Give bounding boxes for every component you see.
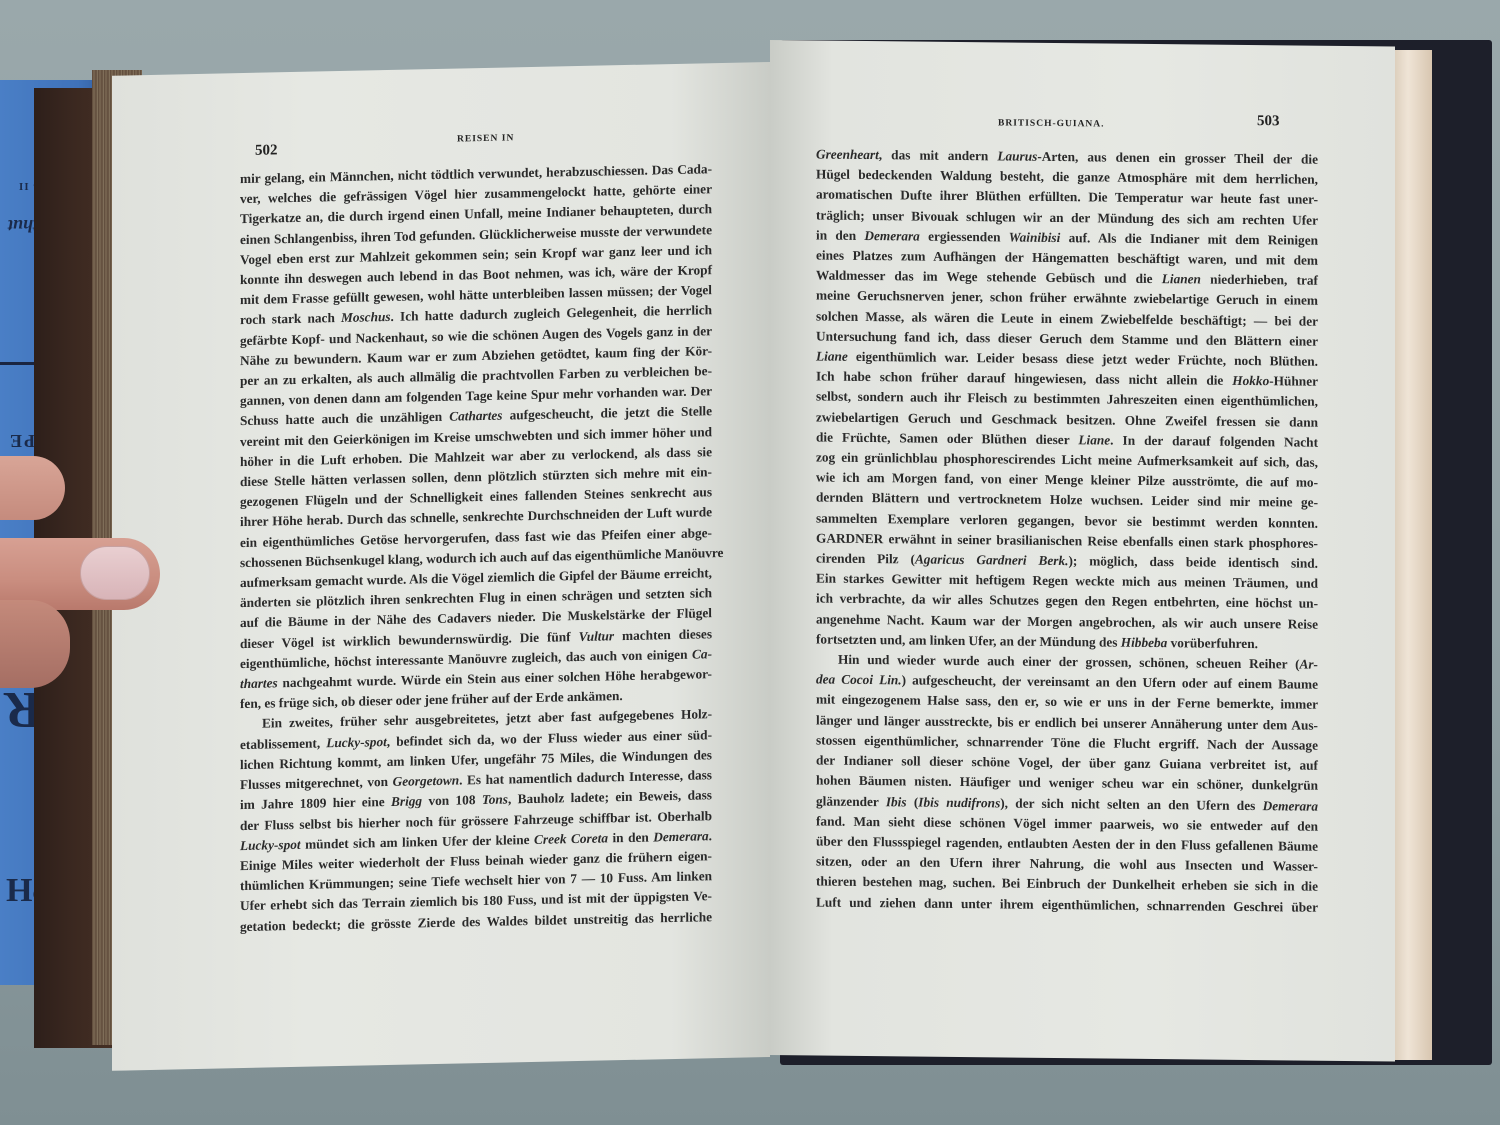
page-number: 503 [1257,113,1280,130]
finger [0,456,65,520]
running-head: REISEN IN [457,133,514,144]
thumbnail [80,546,150,600]
blue-book-text: PE [8,430,35,451]
page-body-text: Greenheart, das mit andern Laurus-Arten,… [816,144,1318,917]
right-page-edges [1392,50,1432,1060]
running-head: BRITISCH-GUIANA. [998,118,1105,129]
right-page[interactable]: BRITISCH-GUIANA. 503 Greenheart, das mit… [770,40,1395,1062]
page-body-text: mir gelang, ein Männchen, nicht tödtlich… [240,159,712,937]
finger [0,600,70,688]
page-number: 502 [255,142,278,159]
left-page[interactable]: 502 REISEN IN mir gelang, ein Männchen, … [112,62,770,1071]
